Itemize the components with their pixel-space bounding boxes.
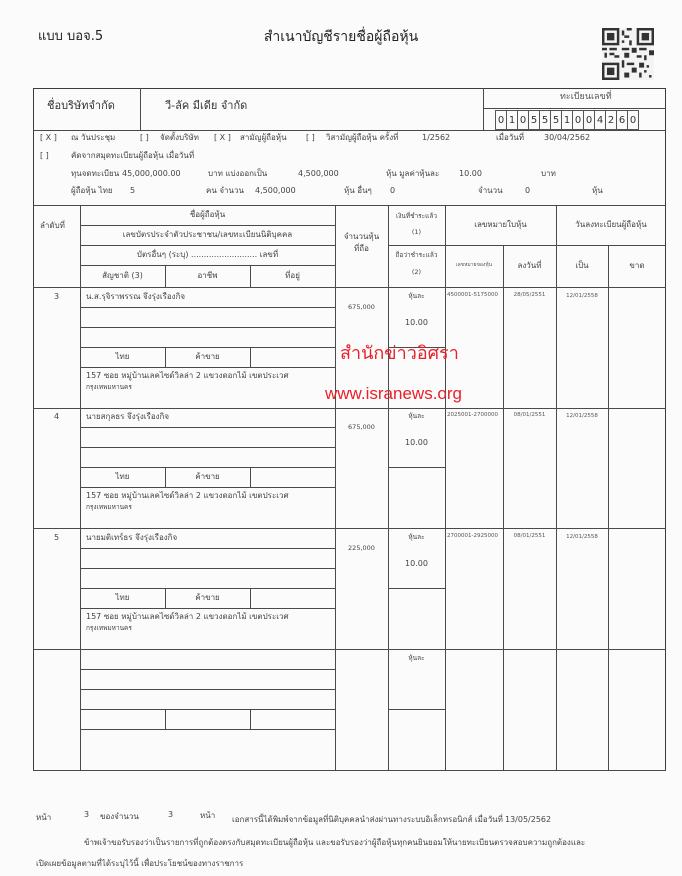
row-shares-held: 675,000 [335, 304, 388, 311]
row-divider [388, 588, 445, 589]
row-per-share-value: 10.00 [388, 439, 445, 447]
col-reg-date-header: วันลงทะเบียนผู้ถือหุ้น [556, 221, 666, 229]
row-divider [250, 709, 251, 729]
footer-of-label: ของจำนวน [100, 813, 139, 821]
row-occupation: ค้าขาย [165, 473, 250, 481]
col-deemed-paid-header: ถือว่าชำระแล้ว [388, 252, 445, 259]
row-divider [80, 487, 335, 488]
meeting-date-value: 30/04/2562 [544, 134, 590, 142]
row-divider [33, 649, 666, 650]
share-unit-label: หุ้น [592, 187, 603, 195]
footer-certification-1: ข้าพเจ้าขอรับรองว่าเป็นรายการที่ถูกต้องต… [84, 839, 585, 847]
baht-label: บาท [541, 170, 556, 178]
row-address-line-1: 157 ซอย หมู่บ้านเลคไซด์วิลล่า 2 แขวงดอกไ… [86, 372, 289, 380]
row-cert-range: 2025001-2700000 [447, 413, 498, 419]
footer-certification-2: เปิดเผยข้อมูลตามที่ได้ระบุไว้นี้ เพื่อปร… [36, 860, 243, 868]
row-cert-date: 08/01/2551 [503, 534, 556, 540]
row-divider [80, 447, 335, 448]
column-divider [503, 287, 504, 770]
company-name-label: ชื่อบริษัทจำกัด [47, 100, 115, 111]
row-occupation: ค้าขาย [165, 594, 250, 602]
row-divider [250, 588, 251, 608]
meeting-option-4-label: วิสามัญผู้ถือหุ้น ครั้งที่ [326, 134, 398, 142]
row-divider [33, 528, 666, 529]
col-address-header: ที่อยู่ [250, 272, 335, 280]
row-per-share-label: หุ้นละ [388, 534, 445, 541]
registered-capital-value: 45,000,000.00 [122, 170, 181, 178]
col-paid-note: (1) [388, 229, 445, 236]
footer-page-label: หน้า [36, 814, 51, 822]
row-per-share-label: หุ้นละ [388, 655, 445, 662]
meeting-option-3-label: สามัญผู้ถือหุ้น [240, 134, 287, 142]
row-divider [33, 408, 666, 409]
thai-shares-value: 4,500,000 [255, 187, 296, 195]
row-address-line-1: 157 ซอย หมู่บ้านเลคไซด์วิลล่า 2 แขวงดอกไ… [86, 613, 289, 621]
row-divider [80, 669, 335, 670]
row-cert-date: 08/01/2551 [503, 413, 556, 419]
meeting-option-4-mark: [ ] [306, 134, 315, 142]
row-cert-range: 2700001-2925000 [447, 534, 498, 540]
row-divider [80, 427, 335, 428]
qr-code-icon [602, 28, 654, 80]
row-divider [80, 608, 335, 609]
row-seq: 5 [33, 534, 80, 542]
meeting-session: 1/2562 [422, 134, 450, 142]
meeting-option-2-label: จัดตั้งบริษัท [160, 134, 199, 142]
row-divider [80, 729, 335, 730]
row-nationality: ไทย [80, 473, 165, 481]
company-name-value: วี-ลัค มีเดีย จำกัด [165, 100, 247, 111]
col-id-number-header: เลขบัตรประจำตัวประชาชน/เลขทะเบียนนิติบุค… [80, 231, 335, 239]
footer-total-pages: 3 [168, 811, 173, 819]
row-holder-name: นายมติเทร์ธร จึงรุ่งเรืองกิจ [86, 534, 177, 542]
total-shares-value: 4,500,000 [298, 170, 339, 178]
other-holders-label: หุ้น อื่นๆ [344, 187, 372, 195]
par-value-label: หุ้น มูลค่าหุ้นละ [386, 170, 439, 178]
other-amount-label: จำนวน [478, 187, 503, 195]
meeting-option-1-label: ณ วันประชุม [71, 134, 115, 142]
registration-number-label: ทะเบียนเลขที่ [560, 93, 612, 102]
row-shares-held: 225,000 [335, 545, 388, 552]
row-address-line-2: กรุงเทพมหานคร [86, 625, 132, 632]
col-cert-sub-no-header: เลขหมายของหุ้น [445, 263, 503, 268]
col-nationality-header: สัญชาติ (3) [80, 272, 165, 280]
row-divider [80, 548, 335, 549]
row-divider [388, 709, 445, 710]
col-deemed-paid-note: (2) [388, 269, 445, 276]
row-divider [80, 467, 335, 468]
registration-digit: 0 [627, 110, 639, 130]
col-other-card-header: บัตรอื่นๆ (ระบุ) .......................… [80, 251, 335, 259]
row-cert-date: 28/05/2551 [503, 293, 556, 299]
footer-page-label-2: หน้า [200, 812, 215, 820]
col-became-header: เป็น [556, 262, 608, 270]
page-title: สำเนาบัญชีรายชื่อผู้ถือหุ้น [0, 30, 682, 44]
footer-page-number: 3 [84, 811, 89, 819]
row-divider [250, 347, 251, 367]
watermark-url: www.isranews.org [325, 385, 462, 402]
watermark-agency: สำนักข่าวอิศรา [340, 345, 459, 363]
col-cert-no-header: เลขหมายใบหุ้น [445, 221, 556, 229]
thai-holders-value: 5 [130, 187, 135, 195]
col-ceased-header: ขาด [608, 262, 666, 270]
meeting-option-3-mark: [ X ] [214, 134, 231, 142]
meeting-option-5-mark: [ ] [40, 152, 49, 160]
row-holder-name: น.ส.รุจิราพรรณ จึงรุ่งเรืองกิจ [86, 293, 185, 301]
col-holder-name-header: ชื่อผู้ถือหุ้น [80, 211, 335, 219]
col-shares-held-header: จำนวนหุ้น [335, 233, 388, 241]
meeting-option-1-mark: [ X ] [40, 134, 57, 142]
registration-number: 0105551004260 [496, 110, 639, 130]
par-value: 10.00 [459, 170, 482, 178]
meeting-option-5-label: คัดจากสมุดทะเบียนผู้ถือหุ้น เมื่อวันที่ [71, 152, 194, 160]
divided-into-label: บาท แบ่งออกเป็น [208, 170, 267, 178]
column-divider [608, 287, 609, 770]
other-amount-value: 0 [525, 187, 530, 195]
row-holder-name: นายสกุลธร จึงรุ่งเรืองกิจ [86, 413, 169, 421]
row-nationality: ไทย [80, 353, 165, 361]
row-address-line-2: กรุงเทพมหานคร [86, 504, 132, 511]
col-shares-held-header-2: ที่ถือ [335, 245, 388, 253]
row-per-share-value: 10.00 [388, 319, 445, 327]
footer-printed-note: เอกสารนี้ได้พิมพ์จากข้อมูลที่นิติบุคคลนำ… [232, 816, 503, 824]
col-paid-header: เงินที่ชำระแล้ว [388, 213, 445, 220]
row-nationality: ไทย [80, 594, 165, 602]
row-became-date: 12/01/2558 [556, 294, 608, 300]
col-cert-date-header: ลงวันที่ [503, 262, 556, 270]
other-holders-value: 0 [390, 187, 395, 195]
row-divider [80, 327, 335, 328]
row-seq: 3 [33, 293, 80, 301]
row-became-date: 12/01/2558 [556, 535, 608, 541]
row-divider [250, 467, 251, 487]
row-per-share-value: 10.00 [388, 560, 445, 568]
row-divider [165, 709, 166, 729]
row-per-share-label: หุ้นละ [388, 293, 445, 300]
row-address-line-2: กรุงเทพมหานคร [86, 384, 132, 391]
row-occupation: ค้าขาย [165, 353, 250, 361]
persons-amount-label: คน จำนวน [206, 187, 244, 195]
row-address-line-1: 157 ซอย หมู่บ้านเลคไซด์วิลล่า 2 แขวงดอกไ… [86, 492, 289, 500]
row-cert-range: 4500001-5175000 [447, 293, 498, 299]
col-seq-header: ลำดับที่ [40, 222, 65, 230]
row-seq: 4 [33, 413, 80, 421]
thai-holders-label: ผู้ถือหุ้น ไทย [71, 187, 113, 195]
col-occupation-header: อาชีพ [165, 272, 250, 280]
row-divider [80, 709, 335, 710]
row-divider [80, 347, 335, 348]
meeting-date-label: เมื่อวันที่ [496, 134, 524, 142]
registered-capital-label: ทุนจดทะเบียน [71, 170, 119, 178]
meeting-option-2-mark: [ ] [140, 134, 149, 142]
footer-printed-date: 13/05/2562 [505, 816, 551, 824]
row-divider [33, 770, 666, 771]
row-divider [80, 568, 335, 569]
row-divider [80, 588, 335, 589]
row-shares-held: 675,000 [335, 424, 388, 431]
row-per-share-label: หุ้นละ [388, 413, 445, 420]
row-became-date: 12/01/2558 [556, 414, 608, 420]
row-divider [80, 689, 335, 690]
row-divider [388, 467, 445, 468]
row-divider [80, 307, 335, 308]
row-divider [80, 367, 335, 368]
